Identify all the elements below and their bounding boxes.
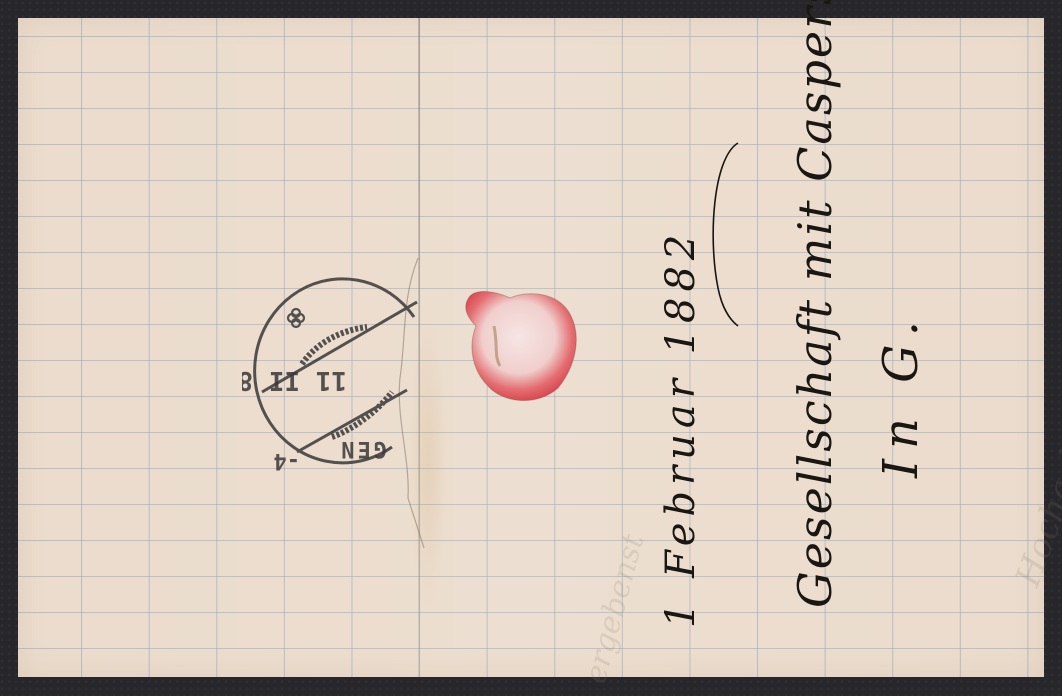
postmark-date: 11 II 82 [242,365,347,395]
handwritten-address-line-1: Gesellschaft mit Casperseng [788,0,842,608]
handwritten-address-line-2: In G. [873,311,929,478]
handwritten-date: 1 Februar 1882 [658,229,704,628]
postmark-town: GEN [338,436,387,461]
wax-seal [458,286,582,406]
bleed-through-writing: ergebenst [578,530,651,687]
postmark-time: -4 [274,448,301,473]
letter-paper: Hochachtungsvoll ergebenst 11 II 82 -4 G… [18,18,1044,677]
handwriting-flourish [708,138,748,328]
postmark-stamp: 11 II 82 -4 GEN [242,272,432,477]
